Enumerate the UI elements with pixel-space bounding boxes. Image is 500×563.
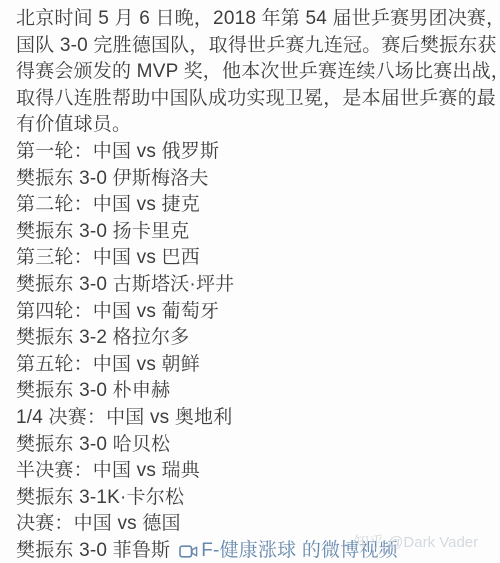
result-line: 半决赛：中国 vs 瑞典 [16,458,494,485]
intro-line: 北京时间 5 月 6 日晚，2018 年第 54 届世乒赛男团决赛，中 [16,6,494,33]
result-line: 第三轮：中国 vs 巴西 [16,245,494,272]
weibo-video-link[interactable]: F-健康涨球 的微博视频 [179,538,398,563]
result-line: 樊振东 3-1K·卡尔松 [16,485,494,512]
intro-line: 有价值球员。 [16,112,494,139]
result-line: 樊振东 3-2 格拉尔多 [16,325,494,352]
intro-line: 取得八连胜帮助中国队成功实现卫冕，是本届世乒赛的最 [16,86,494,113]
result-line: 樊振东 3-0 哈贝松 [16,432,494,459]
result-line: 第一轮：中国 vs 俄罗斯 [16,139,494,166]
result-line: 樊振东 3-0 古斯塔沃·坪井 [16,272,494,299]
article-body: 北京时间 5 月 6 日晚，2018 年第 54 届世乒赛男团决赛，中 国队 3… [0,0,500,563]
result-line: 第二轮：中国 vs 捷克 [16,192,494,219]
intro-line: 国队 3-0 完胜德国队，取得世乒赛九连冠。赛后樊振东获 [16,33,494,60]
intro-paragraph: 北京时间 5 月 6 日晚，2018 年第 54 届世乒赛男团决赛，中 国队 3… [16,6,494,139]
result-line: 樊振东 3-0 朴申赫 [16,378,494,405]
video-link-label: F-健康涨球 的微博视频 [201,538,398,563]
result-line: 1/4 决赛：中国 vs 奥地利 [16,405,494,432]
result-line: 第四轮：中国 vs 葡萄牙 [16,299,494,326]
video-camera-icon [179,544,198,559]
final-result-text: 樊振东 3-0 菲鲁斯 [16,538,170,563]
intro-line: 得赛会颁发的 MVP 奖，他本次世乒赛连续八场比赛出战， [16,59,494,86]
match-results: 第一轮：中国 vs 俄罗斯 樊振东 3-0 伊斯梅洛夫 第二轮：中国 vs 捷克… [16,139,494,563]
result-line: 樊振东 3-0 扬卡里克 [16,219,494,246]
result-line: 第五轮：中国 vs 朝鲜 [16,352,494,379]
result-line: 樊振东 3-0 伊斯梅洛夫 [16,166,494,193]
result-line-final: 樊振东 3-0 菲鲁斯 F-健康涨球 的微博视频 [16,538,494,563]
result-line: 决赛：中国 vs 德国 [16,511,494,538]
